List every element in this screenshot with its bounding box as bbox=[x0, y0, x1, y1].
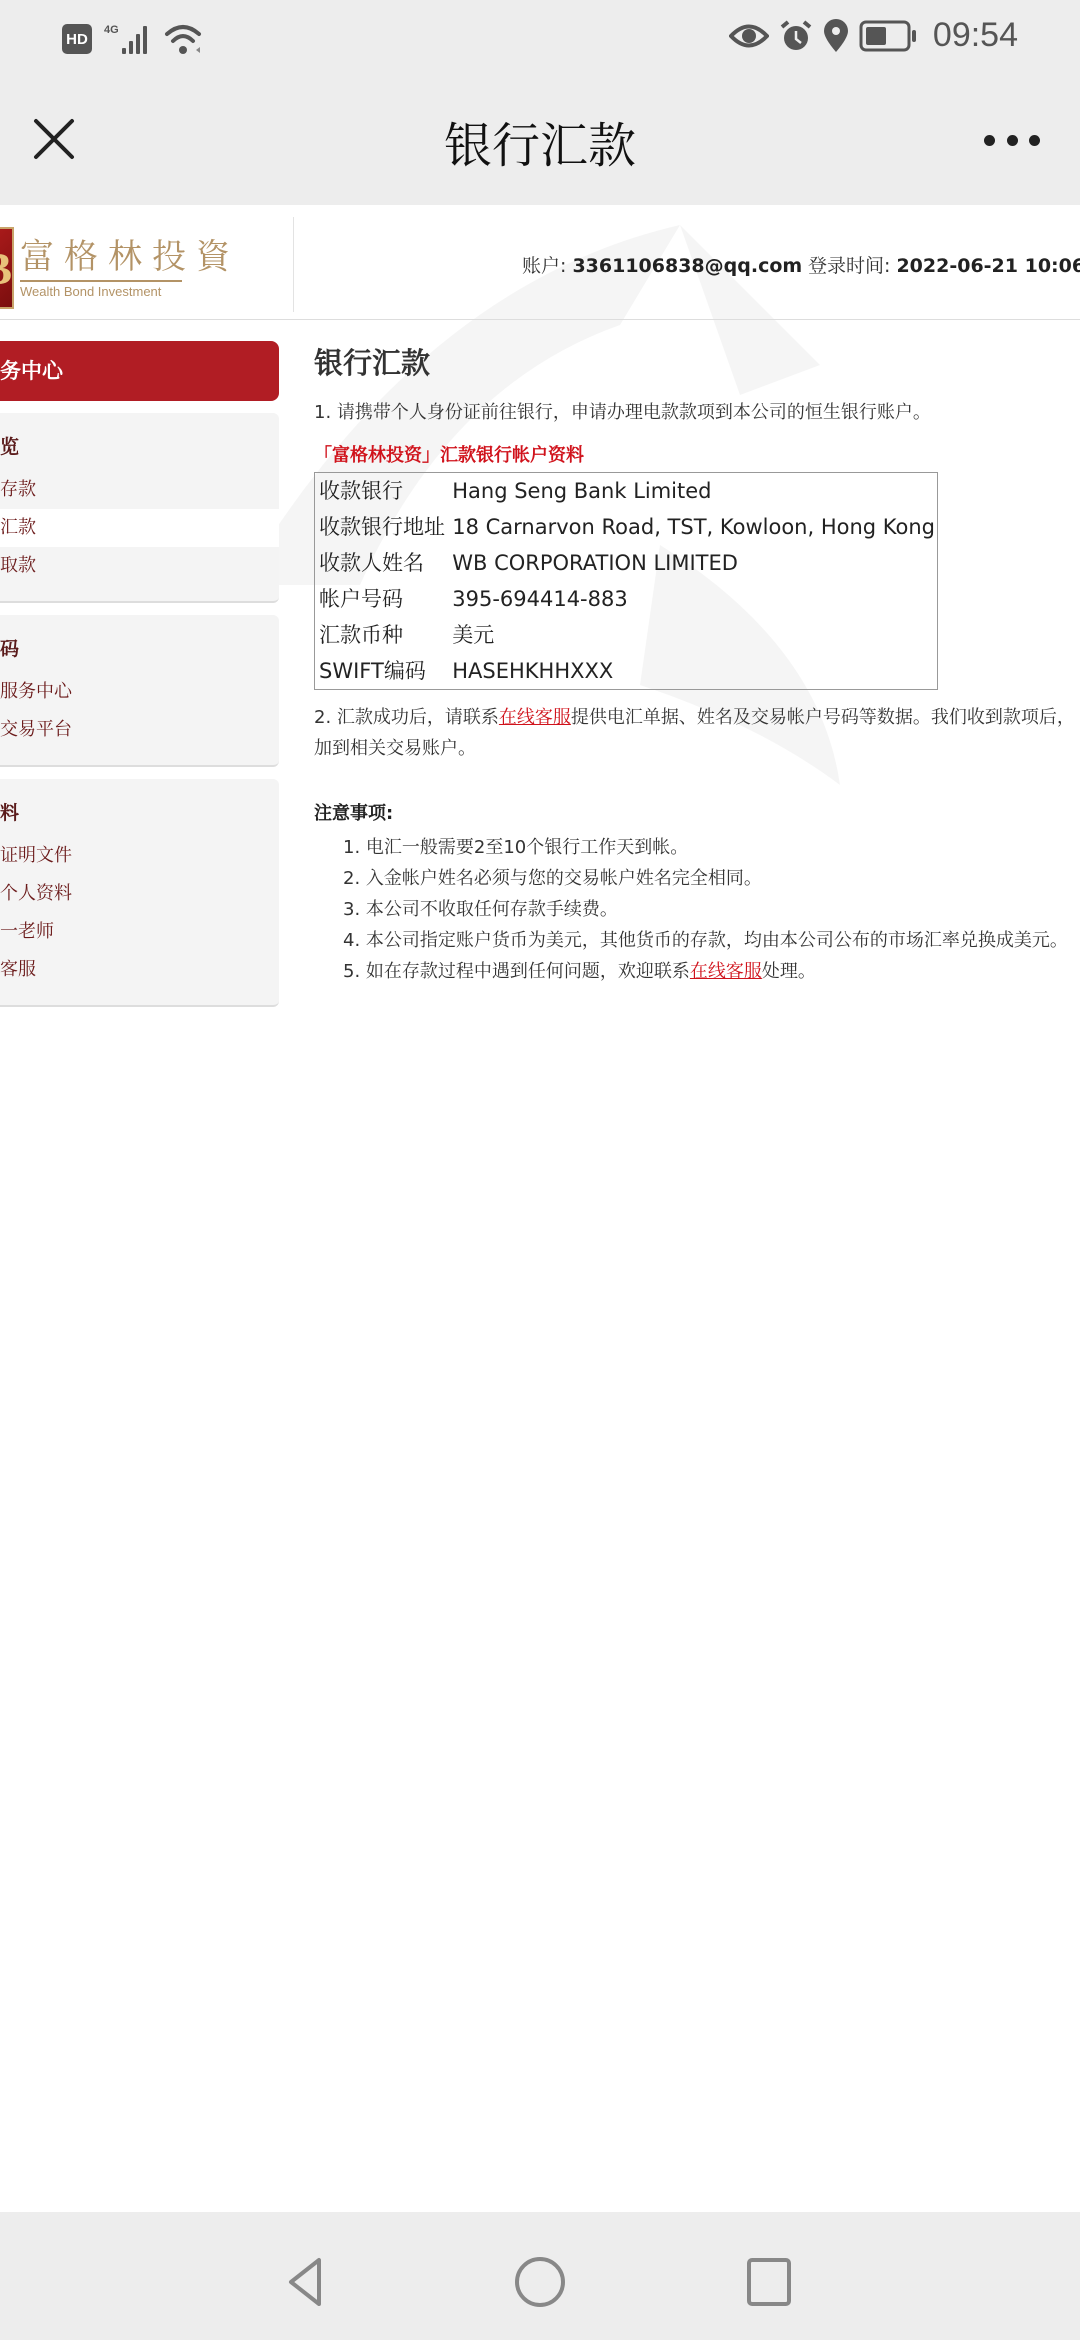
hd-icon: HD bbox=[62, 24, 92, 54]
svg-text:4G: 4G bbox=[104, 24, 119, 36]
step-2-line2: 加到相关交易账户。 bbox=[314, 738, 476, 759]
row-value: 美元 bbox=[450, 617, 937, 653]
note-item: 3. 本公司不收取任何存款手续费。 bbox=[343, 894, 1080, 925]
sidebar-item-remittance[interactable]: 汇款 bbox=[0, 509, 279, 547]
clock: 09:54 bbox=[933, 16, 1018, 55]
page-title: 银行汇款 bbox=[0, 107, 1080, 176]
step-1-text: 1. 请携带个人身份证前往银行，申请办理电款款项到本公司的恒生银行账户。 bbox=[314, 397, 1080, 428]
row-value: WB CORPORATION LIMITED bbox=[450, 545, 937, 581]
row-value: Hang Seng Bank Limited bbox=[450, 473, 937, 510]
step-2-text: 2. 汇款成功后，请联系在线客服提供电汇单据、姓名及交易帐户号码等数据。我们收到… bbox=[314, 702, 1080, 764]
login-time-info: 登录时间: 2022-06-21 10:06:01 bbox=[808, 251, 1080, 278]
table-row: 汇款币种美元 bbox=[315, 617, 938, 653]
sidebar-group-title: 料 bbox=[0, 797, 279, 829]
sidebar-item-teacher[interactable]: 一老师 bbox=[0, 913, 279, 951]
logo-divider bbox=[20, 280, 182, 282]
sidebar-item-documents[interactable]: 证明文件 bbox=[0, 837, 279, 875]
sidebar-item-customer-service[interactable]: 客服 bbox=[0, 951, 279, 989]
sidebar-item-trading-platform[interactable]: 交易平台 bbox=[0, 711, 279, 749]
row-key: 收款银行 bbox=[315, 473, 451, 510]
online-service-link[interactable]: 在线客服 bbox=[690, 961, 762, 982]
more-icon bbox=[984, 135, 995, 146]
row-key: SWIFT编码 bbox=[315, 653, 451, 690]
account-value: 3361106838@qq.com bbox=[572, 255, 802, 277]
main-content: 银行汇款 1. 请携带个人身份证前往银行，申请办理电款款项到本公司的恒生银行账户… bbox=[314, 341, 1080, 987]
sidebar-group-profile: 料 证明文件 个人资料 一老师 客服 bbox=[0, 779, 279, 1007]
table-row: 帐户号码395-694414-883 bbox=[315, 581, 938, 617]
logo-english: Wealth Bond Investment bbox=[20, 284, 240, 299]
bank-table-title: 「富格林投资」汇款银行帐户资料 bbox=[314, 442, 1080, 470]
note-item: 2. 入金帐户姓名必须与您的交易帐户姓名完全相同。 bbox=[343, 863, 1080, 894]
status-right: 09:54 bbox=[729, 16, 1018, 55]
sidebar-group-title: 码 bbox=[0, 633, 279, 665]
title-bar: 银行汇款 bbox=[0, 75, 1080, 205]
more-button[interactable] bbox=[984, 130, 1040, 150]
sidebar-group-password: 码 服务中心 交易平台 bbox=[0, 615, 279, 767]
sidebar: 务中心 览 存款 汇款 取款 码 服务中心 交易平台 料 证明文件 个人资料 一… bbox=[0, 341, 279, 1007]
company-logo[interactable]: B 富格林投資 Wealth Bond Investment bbox=[0, 227, 240, 309]
notes-title: 注意事项: bbox=[314, 800, 1080, 828]
sidebar-item-personal-info[interactable]: 个人资料 bbox=[0, 875, 279, 913]
logo-text: 富格林投資 Wealth Bond Investment bbox=[20, 237, 240, 299]
logo-mark-icon: B bbox=[0, 227, 14, 309]
note-item: 4. 本公司指定账户货币为美元，其他货币的存款，均由本公司公布的市场汇率兑换成美… bbox=[343, 925, 1080, 956]
back-icon bbox=[279, 2252, 339, 2312]
header-divider bbox=[293, 217, 294, 312]
section-title: 银行汇款 bbox=[314, 341, 1080, 385]
notes-list: 1. 电汇一般需要2至10个银行工作天到帐。 2. 入金帐户姓名必须与您的交易帐… bbox=[314, 832, 1080, 987]
sidebar-item-service-center[interactable]: 服务中心 bbox=[0, 673, 279, 711]
eye-icon bbox=[729, 21, 769, 51]
row-key: 汇款币种 bbox=[315, 617, 451, 653]
row-value: HASEHKHHXXX bbox=[450, 653, 937, 690]
login-time-value: 2022-06-21 10:06:01 bbox=[896, 255, 1080, 277]
row-key: 收款人姓名 bbox=[315, 545, 451, 581]
home-icon bbox=[510, 2252, 570, 2312]
alarm-icon bbox=[779, 19, 813, 53]
table-row: 收款人姓名WB CORPORATION LIMITED bbox=[315, 545, 938, 581]
battery-icon bbox=[859, 19, 919, 53]
system-nav-bar bbox=[0, 2212, 1080, 2340]
signal-4g-icon: 4G bbox=[104, 22, 152, 56]
sidebar-group-account: 览 存款 汇款 取款 bbox=[0, 413, 279, 603]
step-2-suffix: 提供电汇单据、姓名及交易帐户号码等数据。我们收到款项后， bbox=[571, 707, 1075, 728]
login-time-label: 登录时间: bbox=[808, 255, 896, 277]
back-button[interactable] bbox=[279, 2252, 339, 2312]
note-5-suffix: 处理。 bbox=[762, 961, 816, 982]
recents-button[interactable] bbox=[740, 2252, 800, 2312]
wifi-icon bbox=[164, 22, 204, 56]
note-item: 1. 电汇一般需要2至10个银行工作天到帐。 bbox=[343, 832, 1080, 863]
web-content: B 富格林投資 Wealth Bond Investment 账户: 33611… bbox=[0, 205, 1080, 2212]
table-row: 收款银行地址18 Carnarvon Road, TST, Kowloon, H… bbox=[315, 509, 938, 545]
account-label: 账户: bbox=[522, 255, 572, 277]
sidebar-item-withdraw[interactable]: 取款 bbox=[0, 547, 279, 585]
more-icon bbox=[1029, 135, 1040, 146]
status-bar: HD 4G bbox=[0, 0, 1080, 75]
step-2-prefix: 2. 汇款成功后，请联系 bbox=[314, 707, 499, 728]
row-key: 帐户号码 bbox=[315, 581, 451, 617]
site-header: B 富格林投資 Wealth Bond Investment 账户: 33611… bbox=[0, 205, 1080, 320]
row-value: 18 Carnarvon Road, TST, Kowloon, Hong Ko… bbox=[450, 509, 937, 545]
row-value: 395-694414-883 bbox=[450, 581, 937, 617]
recents-icon bbox=[740, 2252, 800, 2312]
row-key: 收款银行地址 bbox=[315, 509, 451, 545]
bank-account-table: 收款银行Hang Seng Bank Limited 收款银行地址18 Carn… bbox=[314, 472, 938, 690]
sidebar-group-title: 览 bbox=[0, 431, 279, 463]
sidebar-header[interactable]: 务中心 bbox=[0, 341, 279, 401]
more-icon bbox=[1007, 135, 1018, 146]
sidebar-item-deposit[interactable]: 存款 bbox=[0, 471, 279, 509]
table-row: 收款银行Hang Seng Bank Limited bbox=[315, 473, 938, 510]
note-item: 5. 如在存款过程中遇到任何问题，欢迎联系在线客服处理。 bbox=[343, 956, 1080, 987]
status-left: HD 4G bbox=[62, 22, 204, 56]
account-info: 账户: 3361106838@qq.com bbox=[522, 251, 802, 278]
home-button[interactable] bbox=[510, 2252, 570, 2312]
location-icon bbox=[823, 19, 849, 53]
logo-chinese: 富格林投資 bbox=[20, 237, 240, 277]
table-row: SWIFT编码HASEHKHHXXX bbox=[315, 653, 938, 690]
note-5-prefix: 5. 如在存款过程中遇到任何问题，欢迎联系 bbox=[343, 961, 690, 982]
online-service-link[interactable]: 在线客服 bbox=[499, 707, 571, 728]
